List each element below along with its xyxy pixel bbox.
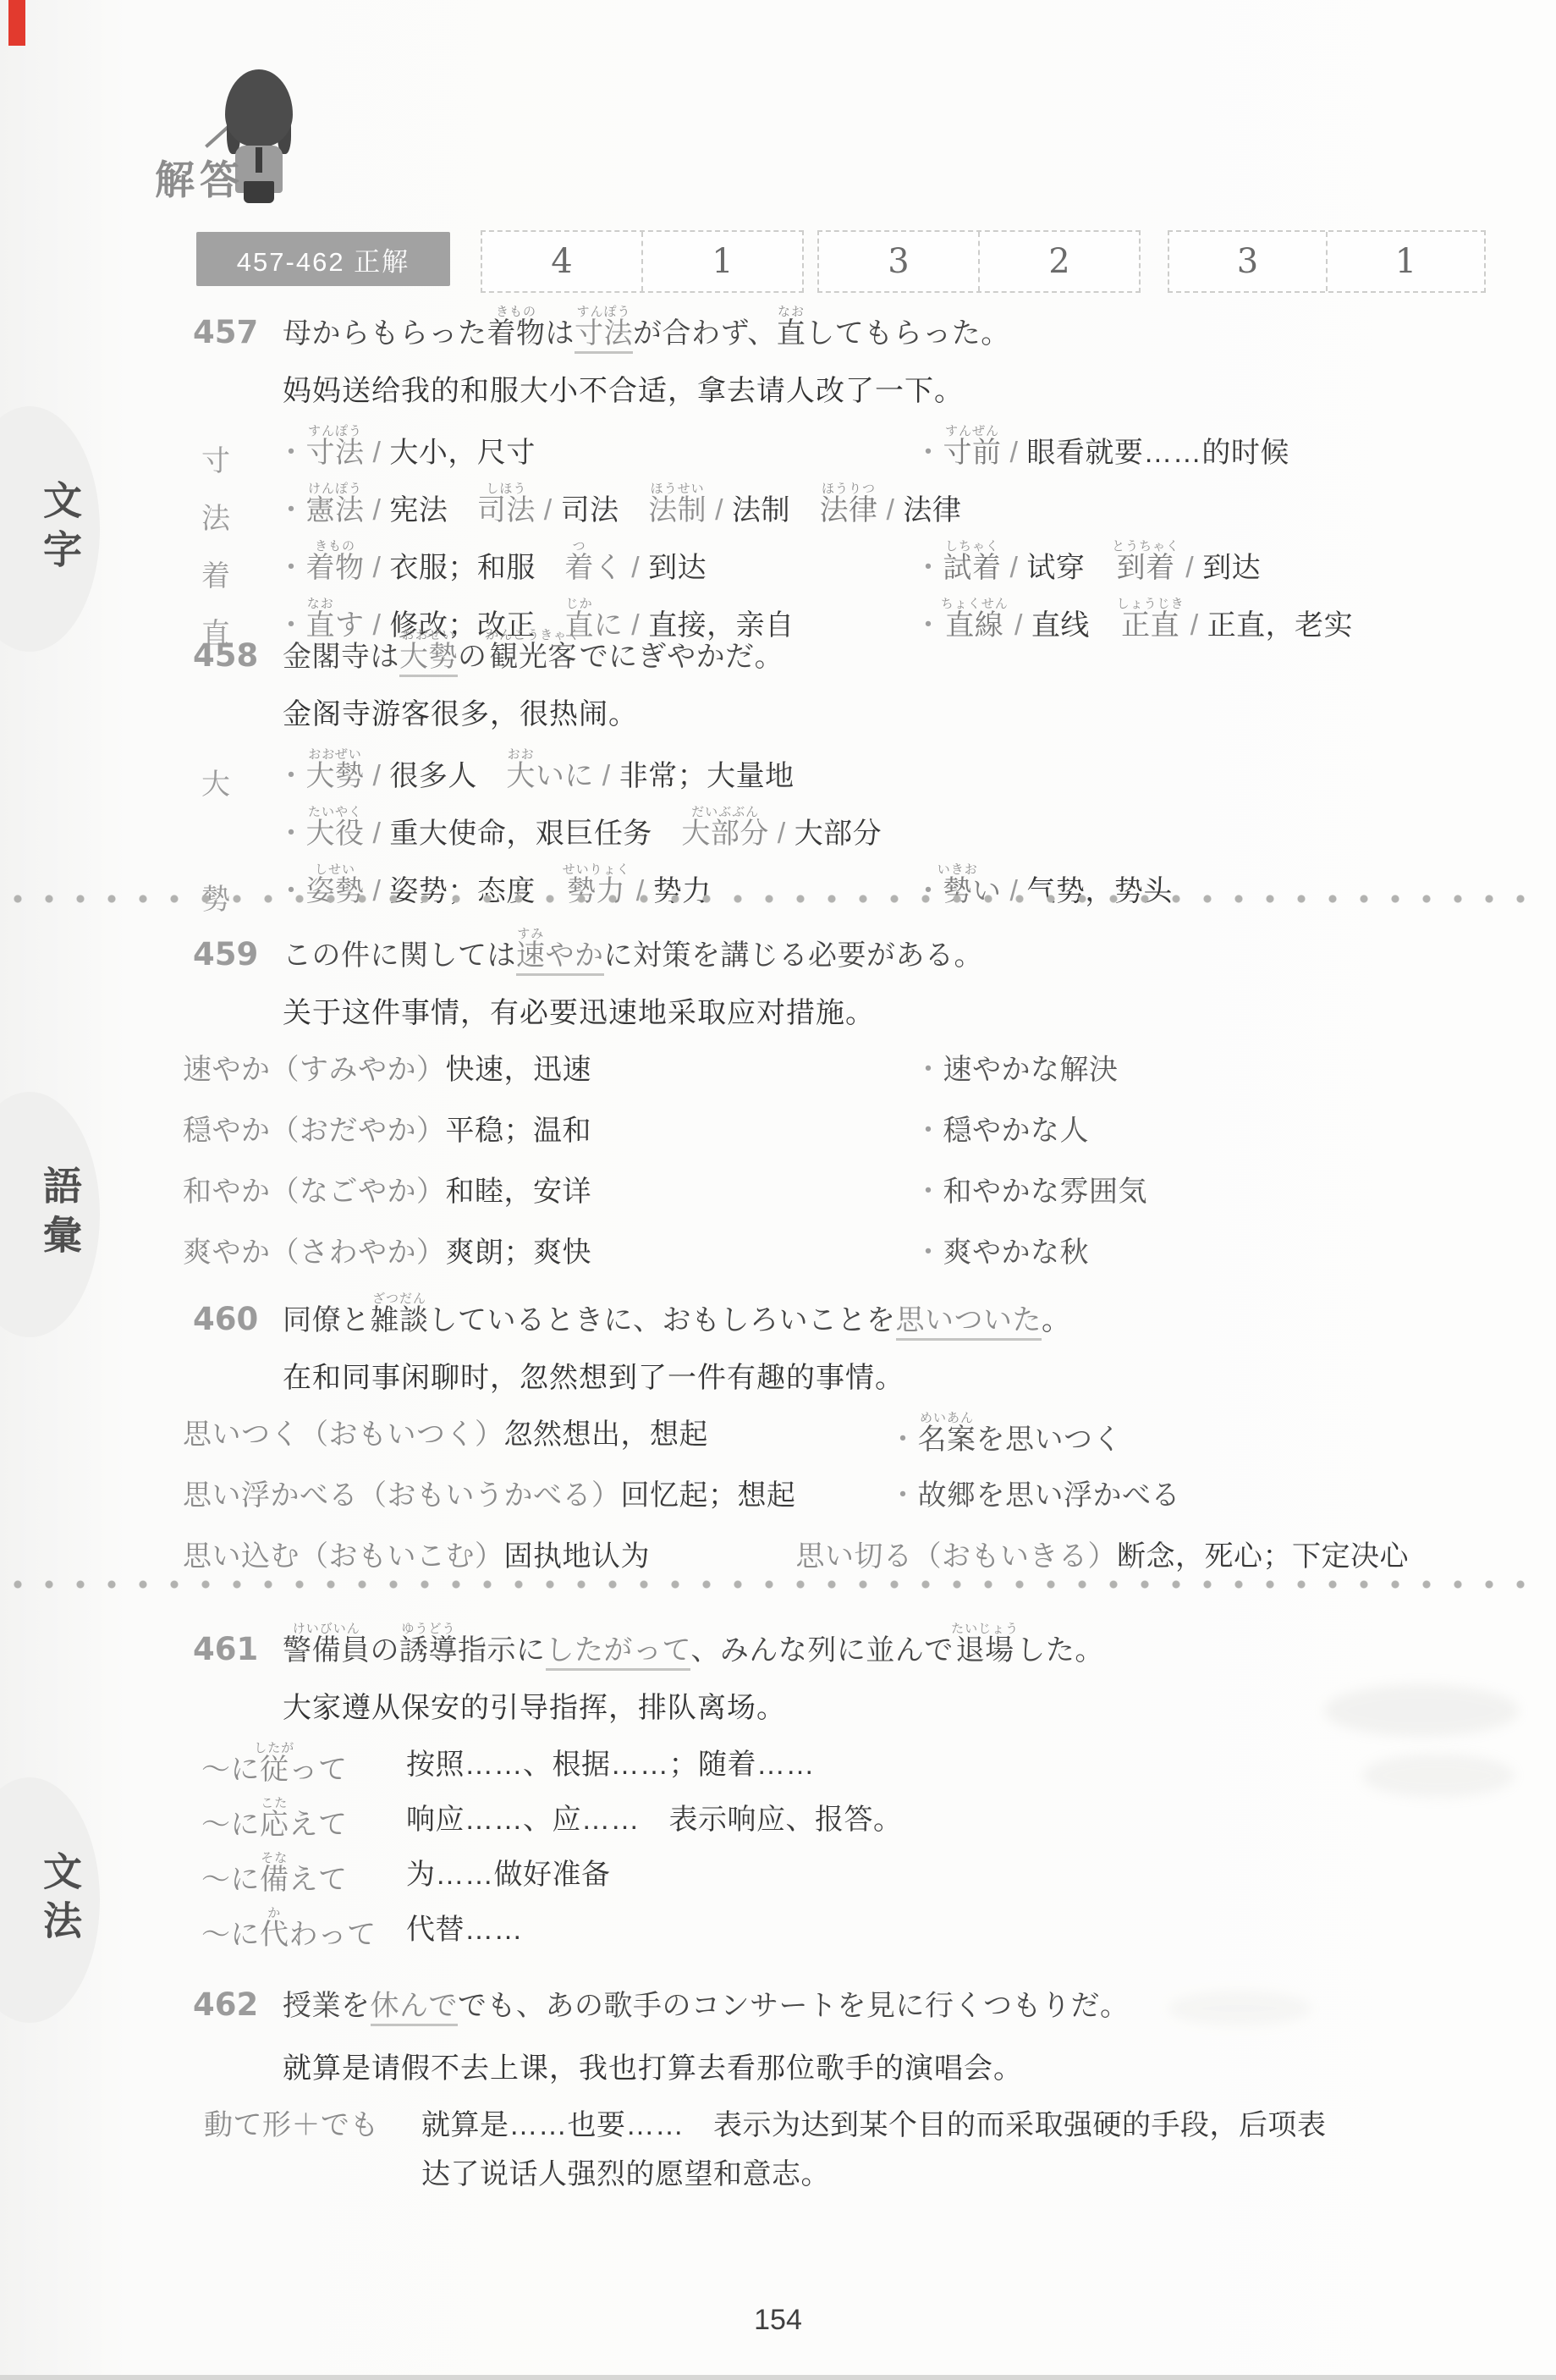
question-number: 460: [193, 1301, 283, 1337]
grammar-meaning: 为……做好准备: [406, 1851, 611, 1892]
vocab-example: ・穏やかな人: [914, 1107, 1089, 1149]
chinese-translation: 妈妈送给我的和服大小不合适，拿去请人改了一下。: [0, 367, 1531, 409]
vocab-entry-wide: ・大役たいやく / 重大使命，艰巨任务 大部分だいぶぶん / 大部分: [277, 818, 882, 850]
grammar-meaning: 按照……、根据……；随着……: [406, 1741, 815, 1782]
vocab-example: ・故郷を思い浮かべる: [888, 1472, 1180, 1513]
question-sentence-line: 459この件に関しては速すみやかに対策を講じる必要がある。: [0, 927, 1531, 983]
question-sentence-line: 460同僚と雑談ざつだんしているときに、おもしろいことを思いついた。: [0, 1292, 1531, 1347]
vocab-entry-wide: ・大勢おおぜい / 很多人 大おおいに / 非常；大量地: [277, 760, 794, 792]
question-sentence: 警備員けいびいんの誘導ゆうどう指示にしたがって、みんな列に並んで退場たいじょうし…: [283, 1634, 1104, 1671]
vocab-row: 爽やか（さわやか）爽朗；爽快・爽やかな秋: [0, 1229, 1531, 1276]
page-number: 154: [0, 2304, 1556, 2337]
vocab-entry: 速やか（すみやか）快速，迅速: [183, 1054, 591, 1086]
question-number: 462: [193, 1986, 283, 2023]
vocab-entry: ・寸法すんぽう / 大小，尺寸: [277, 437, 536, 469]
vocab-row: 〜に代かわって代替……: [0, 1906, 1531, 1953]
kanji-key: 寸: [201, 438, 231, 479]
red-edge-mark: [8, 0, 25, 46]
answer-cell: 3: [819, 232, 978, 291]
textbook-page: 文字 語彙 文法 解答 457-462 正解 413231 457母からもらった…: [0, 0, 1556, 2380]
vocab-entry: 和やか（なごやか）和睦，安详: [183, 1176, 591, 1208]
vocab-row: 思い浮かべる（おもいうかべる）回忆起；想起・故郷を思い浮かべる: [0, 1472, 1531, 1519]
question-number: 457: [193, 314, 283, 350]
vocab-example: ・和やかな雰囲気: [914, 1168, 1147, 1209]
scan-smudge: [1168, 1991, 1311, 2026]
question-number: 458: [193, 637, 283, 674]
question-sentence: 母からもらった着物きものは寸法すんぽうが合わず、直なおしてもらった。: [283, 317, 1010, 354]
vocab-row: 寸・寸法すんぽう / 大小，尺寸・寸前すんぜん / 眼看就要……的时候: [0, 424, 1531, 471]
question-section-460: 460同僚と雑談ざつだんしているときに、おもしろいことを思いついた。在和同事闲聊…: [0, 1292, 1531, 1594]
answer-cell: 2: [978, 232, 1139, 291]
kanji-key: 着: [201, 553, 231, 594]
answer-group: 31: [1168, 230, 1486, 293]
chinese-translation: 大家遵从保安的引导指挥，排队离场。: [0, 1684, 1531, 1726]
question-sentence: この件に関しては速すみやかに対策を講じる必要がある。: [283, 939, 983, 976]
vocab-example: ・速やかな解決: [914, 1046, 1119, 1088]
chinese-translation: 就算是请假不去上课，我也打算去看那位歌手的演唱会。: [0, 2045, 1531, 2086]
vocab-row: 〜に従したがって按照……、根据……；随着……: [0, 1741, 1531, 1788]
question-sentence: 同僚と雑談ざつだんしているときに、おもしろいことを思いついた。: [283, 1304, 1071, 1341]
vocab-row: 法・憲法けんぽう / 宪法 司法しほう / 司法 法制ほうせい / 法制 法律ほ…: [0, 482, 1531, 529]
vocab-row: 穏やか（おだやか）平稳；温和・穏やかな人: [0, 1107, 1531, 1154]
answer-range-box: 457-462 正解: [196, 232, 450, 286]
question-section-457: 457母からもらった着物きものは寸法すんぽうが合わず、直なおしてもらった。妈妈送…: [0, 305, 1531, 654]
answer-cell: 4: [482, 232, 641, 291]
question-number: 461: [193, 1631, 283, 1667]
question-number: 459: [193, 936, 283, 972]
vocab-row: 思いつく（おもいつく）忽然想出，想起・名案めいあんを思いつく: [0, 1411, 1531, 1458]
vocab-row: 〜に備そなえて为……做好准备: [0, 1851, 1531, 1898]
grammar-pattern: 動て形＋でも: [204, 2102, 421, 2143]
question-section-458: 458金閣寺は大勢おおぜいの観光客かんこうきゃくでにぎやかだ。金阁寺游客很多，很…: [0, 628, 1531, 920]
chinese-translation: 在和同事闲聊时，忽然想到了一件有趣的事情。: [0, 1354, 1531, 1396]
question-section-461: 461警備員けいびいんの誘導ゆうどう指示にしたがって、みんな列に並んで退場たいじ…: [0, 1622, 1531, 1961]
vocab-example: ・寸前すんぜん / 眼看就要……的时候: [914, 424, 1289, 471]
scan-smudge: [1324, 1684, 1519, 1737]
vocab-example: ・爽やかな秋: [914, 1229, 1089, 1270]
vocab-entry: 思いつく（おもいつく）忽然想出，想起: [183, 1419, 708, 1451]
grammar-meaning: 响应……、应…… 表示响应、报答。: [406, 1796, 903, 1837]
grammar-meaning: 就算是……也要…… 表示为达到某个目的而采取强硬的手段，后项表达了说话人强烈的愿…: [421, 2102, 1352, 2200]
vocab-row: 〜に応こたえて响应……、应…… 表示响应、报答。: [0, 1796, 1531, 1843]
vocab-entry: 爽やか（さわやか）爽朗；爽快: [183, 1237, 591, 1269]
vocab-entry: 穏やか（おだやか）平稳；温和: [183, 1115, 591, 1147]
question-section-459: 459この件に関しては速すみやかに対策を講じる必要がある。关于这件事情，有必要迅…: [0, 927, 1531, 1290]
kanji-key: 大: [201, 761, 231, 802]
scan-smudge: [1362, 1754, 1515, 1798]
vocab-row: 着・着物きもの / 衣服；和服 着つく / 到达・試着しちゃく / 试穿 到着と…: [0, 539, 1531, 587]
vocab-entry-wide: ・憲法けんぽう / 宪法 司法しほう / 司法 法制ほうせい / 法制 法律ほう…: [277, 494, 961, 526]
answer-section-label: 解答: [155, 149, 245, 206]
vocab-row: 思い込む（おもいこむ）固执地认为 思い切る（おもいきる）断念，死心；下定决心: [0, 1533, 1531, 1580]
vocab-example: ・名案めいあんを思いつく: [888, 1411, 1122, 1457]
vocab-example: ・試着しちゃく / 试穿 到着とうちゃく / 到达: [914, 539, 1261, 586]
chinese-translation: 金阁寺游客很多，很热闹。: [0, 691, 1531, 732]
vocab-row: 和やか（なごやか）和睦，安详・和やかな雰囲気: [0, 1168, 1531, 1215]
grammar-pattern: 〜に代かわって: [201, 1906, 406, 1953]
question-sentence-line: 458金閣寺は大勢おおぜいの観光客かんこうきゃくでにぎやかだ。: [0, 628, 1531, 684]
answer-group: 32: [817, 230, 1141, 293]
answer-cell: 1: [1326, 232, 1484, 291]
chinese-translation: 关于这件事情，有必要迅速地采取应对措施。: [0, 989, 1531, 1031]
vocab-row: 動て形＋でも就算是……也要…… 表示为达到某个目的而采取强硬的手段，后项表达了说…: [0, 2102, 1531, 2200]
grammar-pattern: 〜に応こたえて: [201, 1796, 406, 1843]
vocab-row: 速やか（すみやか）快速，迅速・速やかな解決: [0, 1046, 1531, 1094]
vocab-row: ・大役たいやく / 重大使命，艰巨任务 大部分だいぶぶん / 大部分: [0, 805, 1531, 852]
answer-groups: 413231: [481, 230, 1487, 293]
grammar-pattern: 〜に備そなえて: [201, 1851, 406, 1898]
question-sentence: 金閣寺は大勢おおぜいの観光客かんこうきゃくでにぎやかだ。: [283, 641, 783, 677]
answer-cell: 3: [1169, 232, 1326, 291]
question-sentence-line: 461警備員けいびいんの誘導ゆうどう指示にしたがって、みんな列に並んで退場たいじ…: [0, 1622, 1531, 1678]
answer-cell: 1: [641, 232, 802, 291]
question-sentence: 授業を休んででも、あの歌手のコンサートを見に行くつもりだ。: [283, 1990, 1130, 2026]
vocab-entry-wide: 思い込む（おもいこむ）固执地认为 思い切る（おもいきる）断念，死心；下定决心: [183, 1540, 1409, 1573]
vocab-row: 大・大勢おおぜい / 很多人 大おおいに / 非常；大量地: [0, 747, 1531, 795]
vocab-entry: ・着物きもの / 衣服；和服 着つく / 到达: [277, 552, 707, 584]
dotted-divider: [14, 894, 1542, 904]
vocab-entry: 思い浮かべる（おもいうかべる）回忆起；想起: [183, 1479, 796, 1512]
question-sentence-line: 457母からもらった着物きものは寸法すんぽうが合わず、直なおしてもらった。: [0, 305, 1531, 361]
answer-group: 41: [481, 230, 804, 293]
dotted-divider: [14, 1579, 1542, 1589]
grammar-meaning: 代替……: [406, 1906, 523, 1948]
kanji-key: 法: [201, 495, 231, 537]
grammar-pattern: 〜に従したがって: [201, 1741, 406, 1788]
